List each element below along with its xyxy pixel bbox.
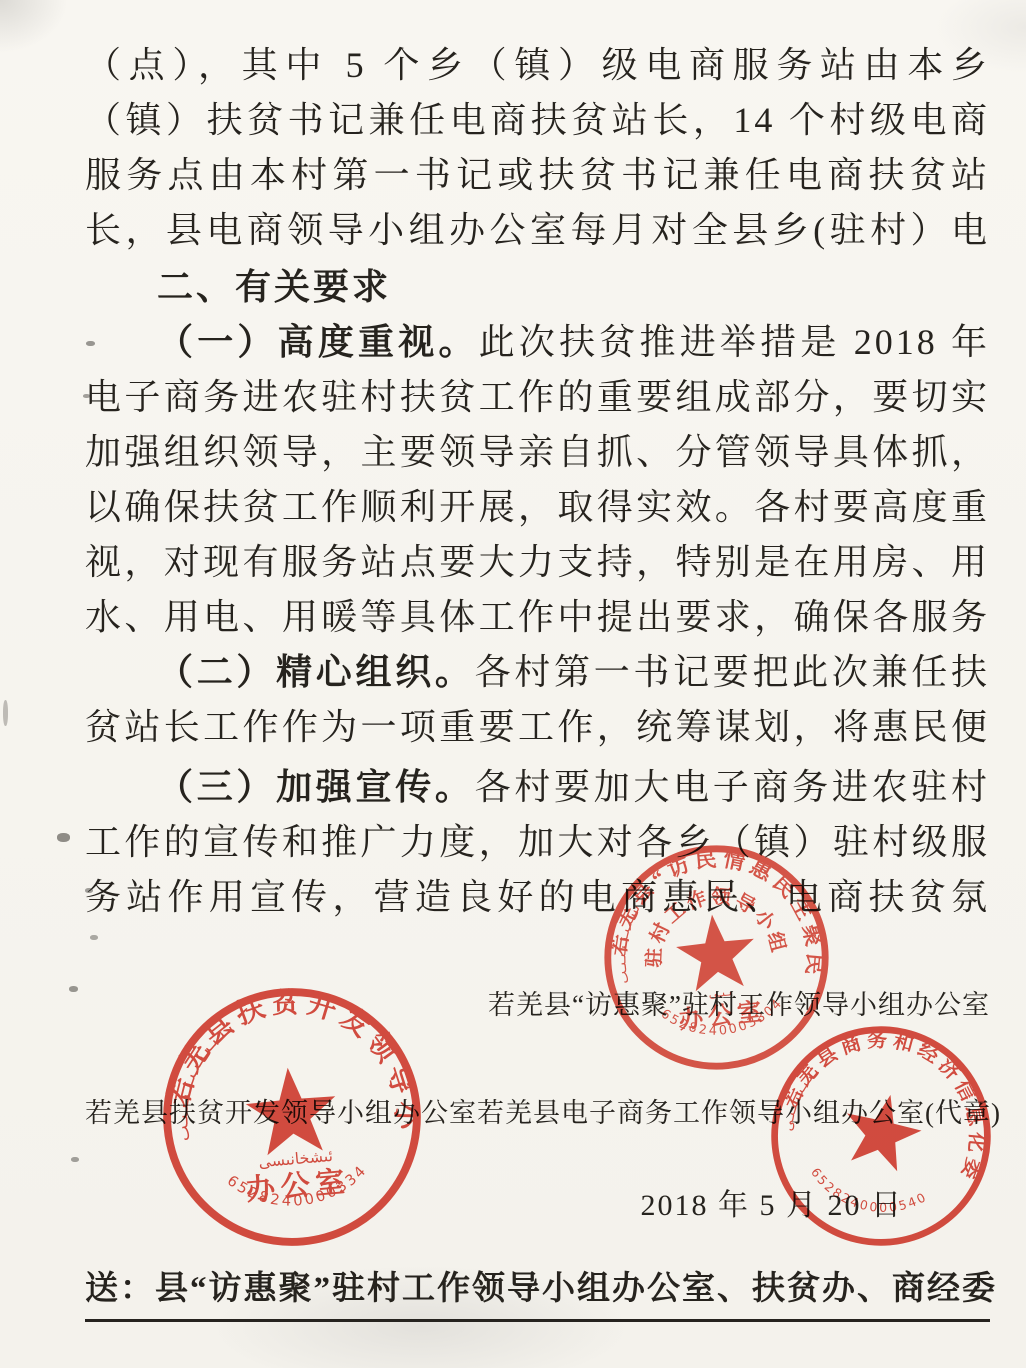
signature-org-fanghuiju: 若羌县“访惠聚”驻村工作领导小组办公室 — [85, 985, 990, 1025]
scan-artifact — [83, 394, 90, 398]
section-1-text: 此次扶贫推进举措是 2018 年电子商务进农驻村扶贫工作的重要组成部分，要切实加… — [85, 322, 990, 647]
seal-uyghur-office-text: ئىشخانىسى — [258, 1146, 334, 1171]
signature-org-poverty-alleviation: 若羌县扶贫开发领导小组办公室 — [85, 1093, 477, 1133]
document-date: 2018 年 5 月 20 日 — [641, 1180, 904, 1224]
seal-ring-circle — [753, 1008, 1008, 1263]
scan-artifact — [86, 341, 95, 346]
section-1-label: （一）高度重视。 — [157, 322, 479, 362]
scanned-document-page: （点），其中 5 个乡（镇）级电商服务站由本乡（镇）扶贫书记兼任电商扶贫站长，1… — [0, 0, 1026, 1368]
scan-artifact — [90, 935, 98, 940]
scan-artifact — [57, 833, 70, 842]
distribution-line: 送：县“访惠聚”驻村工作领导小组办公室、扶贫办、商经委 — [85, 1262, 990, 1322]
scan-artifact — [3, 700, 8, 726]
paragraph-continuation: （点），其中 5 个乡（镇）级电商服务站由本乡（镇）扶贫书记兼任电商扶贫站长，1… — [85, 38, 990, 260]
scan-artifact — [85, 888, 93, 893]
seal-commerce-commission: ىـىـٮـىـىـٮـىـى 若羌县商务和经济信息化委员会 652824000… — [743, 998, 1019, 1274]
seal-office-text: 办公室 — [244, 1165, 351, 1207]
paragraph-section-1: （一）高度重视。此次扶贫推进举措是 2018 年电子商务进农驻村扶贫工作的重要组… — [85, 315, 990, 647]
paragraph-section-2: （二）精心组织。各村第一书记要把此次兼任扶贫站长工作作为一项重要工作，统筹谋划，… — [85, 645, 990, 757]
section-2-label: （二）精心组织。 — [157, 652, 475, 692]
paragraph-section-3: （三）加强宣传。各村要加大电子商务进农驻村工作的宣传和推广力度，加大对各乡（镇）… — [85, 760, 990, 928]
signature-org-ecommerce: 若羌县电子商务工作领导小组办公室(代章) — [477, 1093, 1001, 1133]
seal-number: 6528240000334 — [223, 1160, 374, 1215]
scan-artifact — [69, 986, 78, 992]
signature-row: 若羌县扶贫开发领导小组办公室 若羌县电子商务工作领导小组办公室(代章) — [85, 1093, 990, 1133]
section-heading: 二、有关要求 — [85, 260, 990, 316]
distribution-text: 送：县“访惠聚”驻村工作领导小组办公室、扶贫办、商经委 — [85, 1262, 990, 1322]
scan-artifact — [71, 1157, 79, 1162]
section-3-label: （三）加强宣传。 — [157, 767, 475, 807]
